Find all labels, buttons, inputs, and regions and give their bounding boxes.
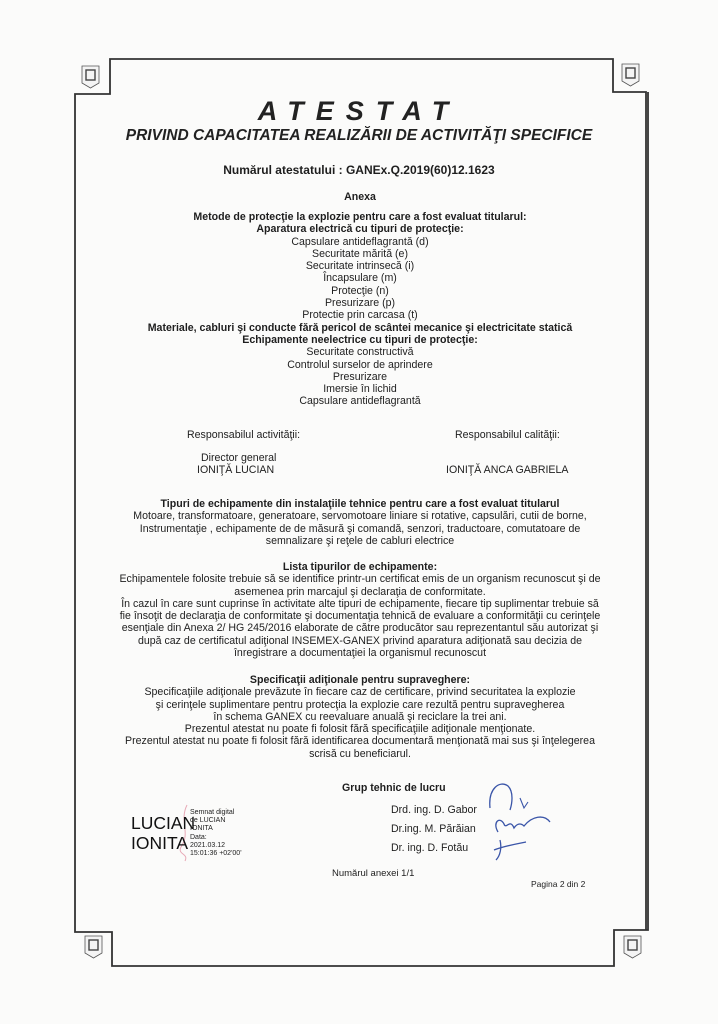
equipment-types-section: Tipuri de echipamente din instalaţiile t… [100,498,620,547]
signature-metadata: Semnat digital de LUCIAN IONITA Data: 20… [190,809,242,858]
annex-heading: Anexa [100,191,620,203]
paragraph-line: şi cerinţele suplimentare pentru protecţ… [100,699,620,711]
activity-responsible-name: IONIŢĂ LUCIAN [197,464,274,477]
materials-heading: Materiale, cabluri şi conducte fără peri… [100,322,620,334]
paragraph-line: semnalizare şi reţele de cabluri electri… [100,535,620,547]
list-item: Presurizare [100,371,620,383]
annex-number: Numărul anexei 1/1 [332,868,414,881]
shield-icon-bottom-left [85,936,102,958]
shield-icon-top-left [82,66,99,88]
list-item: Imersie în lichid [100,383,620,395]
paragraph-line: Instrumentaţie , echipamente de de măsur… [100,523,620,535]
paragraph-line: fie însoţit de declaraţia de conformitat… [100,610,620,622]
shield-icon-bottom-right [624,936,641,958]
list-item: Protecţie (n) [100,285,620,297]
signer-name: LUCIAN IONITA [131,813,195,853]
paragraph-line: în schema GANEX cu reevaluare anuală şi … [100,711,620,723]
electrical-protection-heading: Aparatura electrică cu tipuri de protecţ… [100,223,620,235]
activity-responsible-role: Director general [201,452,276,465]
paragraph-line: înregistrare a documentaţiei la organism… [100,647,620,659]
paragraph-line: Specificaţiile adiţionale prevăzute în f… [100,686,620,698]
protection-methods-section: Metode de protecţie la explozie pentru c… [100,211,620,408]
document-title: ATESTAT [0,96,718,127]
technical-group-heading: Grup tehnic de lucru [342,782,446,795]
list-item: Încapsulare (m) [100,272,620,284]
list-item: Controlul surselor de aprindere [100,359,620,371]
technical-group-members: Drd. ing. D. Gabor Dr.ing. M. Părăian Dr… [391,801,477,858]
document-subtitle: PRIVIND CAPACITATEA REALIZĂRII DE ACTIVI… [0,127,718,145]
supervision-section: Specificaţii adiţionale pentru supravegh… [100,674,620,760]
nonelectrical-protection-list: Securitate constructivă Controlul sursel… [100,346,620,407]
paragraph-line: după caz de certificatul adiţional INSEM… [100,635,620,647]
paragraph-line: esenţiale din Anexa 2/ HG 245/2016 elabo… [100,622,620,634]
paragraph-line: În cazul în care sunt cuprinse în activi… [100,598,620,610]
list-item: Capsulare antideflagrantă [100,395,620,407]
protection-methods-heading: Metode de protecţie la explozie pentru c… [100,211,620,223]
electrical-protection-list: Capsulare antideflagrantă (d) Securitate… [100,236,620,322]
list-item: Securitate mărită (e) [100,248,620,260]
supervision-heading: Specificaţii adiţionale pentru supravegh… [100,674,620,686]
paragraph-line: Motoare, transformatoare, generatoare, s… [100,510,620,522]
quality-responsible-label: Responsabilul calităţii: [455,429,560,442]
nonelectrical-protection-heading: Echipamente neelectrice cu tipuri de pro… [100,334,620,346]
paragraph-line: asemenea prin marcajul şi declaraţia de … [100,586,620,598]
list-item: Presurizare (p) [100,297,620,309]
paragraph-line: Prezentul atestat nu poate fi folosit fă… [100,735,620,747]
equipment-list-section: Lista tipurilor de echipamente: Echipame… [100,561,620,659]
paragraph-line: scrisă cu beneficiarul. [100,748,620,760]
list-item: Capsulare antideflagrantă (d) [100,236,620,248]
list-item: Securitate intrinsecă (i) [100,260,620,272]
member-name: Drd. ing. D. Gabor [391,801,477,820]
list-item: Protectie prin carcasa (t) [100,309,620,321]
equipment-types-heading: Tipuri de echipamente din instalaţiile t… [100,498,620,510]
member-name: Dr.ing. M. Părăian [391,820,477,839]
shield-icon-top-right [622,64,639,86]
page-number: Pagina 2 din 2 [531,878,585,891]
handwritten-signatures [470,778,560,863]
quality-responsible-name: IONIŢĂ ANCA GABRIELA [446,464,568,477]
paragraph-line: Prezentul atestat nu poate fi folosit fă… [100,723,620,735]
activity-responsible-label: Responsabilul activităţii: [187,429,300,442]
equipment-list-heading: Lista tipurilor de echipamente: [100,561,620,573]
list-item: Securitate constructivă [100,346,620,358]
certificate-number: Numărul atestatului : GANEx.Q.2019(60)12… [0,163,718,177]
member-name: Dr. ing. D. Fotău [391,839,477,858]
paragraph-line: Echipamentele folosite trebuie să se ide… [100,573,620,585]
